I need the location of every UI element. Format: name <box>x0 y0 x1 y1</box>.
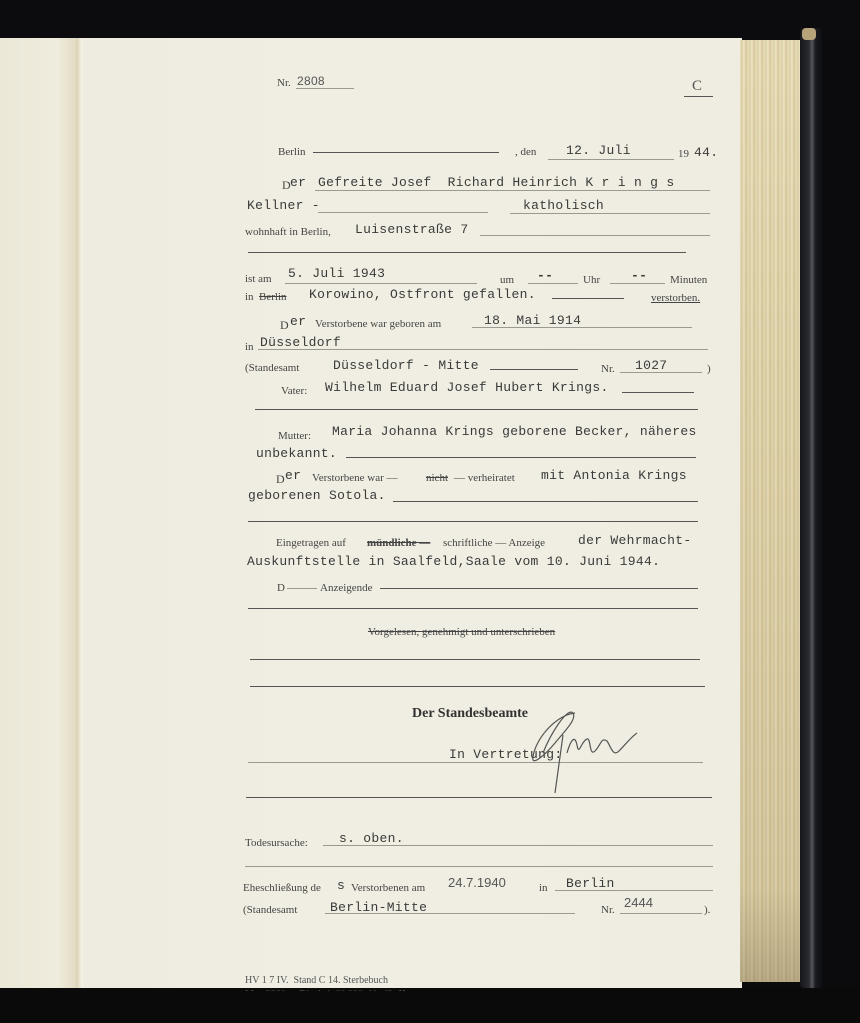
residence-label: wohnhaft in Berlin, <box>245 226 331 238</box>
record-number-label: Nr. <box>277 77 291 89</box>
death-minutes: -- <box>631 268 647 283</box>
marriage-registry-nr: 2444 <box>624 895 653 910</box>
cause-label: Todesursache: <box>245 837 308 849</box>
signature <box>515 705 645 800</box>
time-uhr-label: Uhr <box>583 274 600 286</box>
series-letter: C <box>692 78 702 95</box>
marriage-label-typed: s <box>337 878 345 893</box>
birth-prefix-typed: er <box>290 314 306 329</box>
informant-prefix: D <box>277 582 285 594</box>
mother-line-1: Maria Johanna Krings geborene Becker, nä… <box>332 424 697 439</box>
marriage-registry-label: (Standesamt <box>243 904 297 916</box>
death-place-struck: Berlin <box>259 291 287 303</box>
marital-label: Verstorbene war — <box>312 472 398 484</box>
background-bottom <box>0 988 860 1023</box>
mother-line-2: unbekannt. <box>256 446 337 461</box>
death-date-label: ist am <box>245 273 272 285</box>
birth-prefix: D <box>280 318 289 333</box>
occupation: Kellner - <box>247 198 320 213</box>
death-verb: verstorben. <box>651 292 700 304</box>
marital-label-2: — verheiratet <box>454 472 515 484</box>
date-label: , den <box>515 146 536 158</box>
marriage-place: Berlin <box>566 876 615 891</box>
marriage-place-label: in <box>539 882 548 894</box>
registered-struck: mündliche — <box>367 537 430 549</box>
birth-registry: Düsseldorf - Mitte <box>333 358 479 373</box>
registered-label: Eingetragen auf <box>276 537 346 549</box>
birth-registry-nr-label: Nr. <box>601 363 615 375</box>
death-place: Korowino, Ostfront gefallen. <box>309 287 536 302</box>
time-minuten-label: Minuten <box>670 274 707 286</box>
birth-date: 18. Mai 1914 <box>484 313 581 328</box>
death-hour: -- <box>537 268 553 283</box>
informant-label: Anzeigende <box>320 582 373 594</box>
deceased-name: Gefreite Josef Richard Heinrich K r i n … <box>318 175 674 190</box>
place-label: Berlin <box>278 146 306 158</box>
background-top <box>0 0 860 40</box>
birth-place: Düsseldorf <box>260 335 341 350</box>
cover-corner <box>802 28 816 40</box>
form-footer-line-1: HV 1 7 IV. Stand C 14. Sterbebuch <box>245 975 388 986</box>
registration-date: 12. Juli <box>566 143 631 158</box>
marriage-registry-nr-label: Nr. <box>601 904 615 916</box>
left-page <box>0 38 82 990</box>
form-footer-line-2: Mst. 2861. ● Din A 4. 60 000. 11. 43. ⚒ <box>245 989 406 991</box>
cause: s. oben. <box>339 831 404 846</box>
death-place-label: in <box>245 291 254 303</box>
religion: katholisch <box>523 198 604 213</box>
death-date: 5. Juli 1943 <box>288 266 385 281</box>
residence: Luisenstraße 7 <box>355 222 468 237</box>
deceased-prefix-typed: er <box>290 175 306 190</box>
marital-struck: nicht <box>426 472 448 484</box>
marital-prefix-typed: er <box>285 468 301 483</box>
record-number: 2808 <box>297 74 325 88</box>
year-suffix: 44. <box>694 145 718 160</box>
birth-registry-close: ) <box>707 363 711 375</box>
marriage-label-2: Verstorbenen am <box>351 882 425 894</box>
marriage-registry-close: ). <box>704 904 710 916</box>
marital-prefix: D <box>276 472 285 487</box>
mother-label: Mutter: <box>278 430 311 442</box>
form-footer-line-2-clip: Mst. 2861. ● Din A 4. 60 000. 11. 43. ⚒ <box>245 987 425 991</box>
birth-place-label: in <box>245 341 254 353</box>
spouse-line-1: mit Antonia Krings <box>541 468 687 483</box>
spouse-line-2: geborenen Sotola. <box>248 488 386 503</box>
registered-label-2: schriftliche — Anzeige <box>443 537 545 549</box>
time-um-label: um <box>500 274 514 286</box>
book-cover-edge <box>800 28 822 988</box>
marriage-date: 24.7.1940 <box>448 875 506 890</box>
father-label: Vater: <box>281 385 307 397</box>
read-approved-struck: Vorgelesen, genehmigt und unterschrieben <box>368 626 555 638</box>
birth-label: Verstorbene war geboren am <box>315 318 441 330</box>
father-name: Wilhelm Eduard Josef Hubert Krings. <box>325 380 609 395</box>
page-block-shade <box>740 40 802 982</box>
year-prefix: 19 <box>678 148 689 160</box>
registrar-title: Der Standesbeamte <box>412 706 528 722</box>
registered-line-2: Auskunftstelle in Saalfeld,Saale vom 10.… <box>247 554 660 569</box>
birth-registry-nr: 1027 <box>635 358 667 373</box>
registered-line-1: der Wehrmacht- <box>578 533 691 548</box>
birth-registry-label: (Standesamt <box>245 362 299 374</box>
marriage-label: Eheschließung de <box>243 882 321 894</box>
